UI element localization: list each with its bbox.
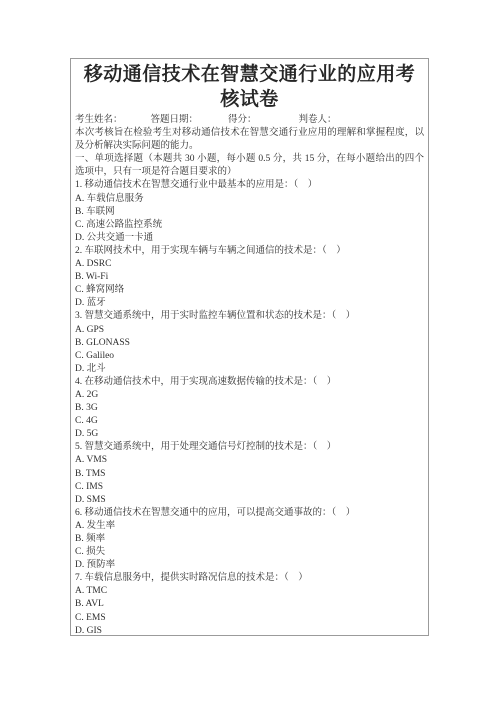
question-list: 1. 移动通信技术在智慧交通行业中最基本的应用是：（ ） A. 车载信息服务 B… — [75, 179, 424, 636]
question-option: C. 高速公路监控系统 — [75, 219, 424, 232]
question-text: 3. 智慧交通系统中，用于实时监控车辆位置和状态的技术是：（ ） — [75, 310, 424, 323]
question-option: D. GIS — [75, 625, 424, 636]
question-option: D. 北斗 — [75, 363, 424, 376]
question-block: 1. 移动通信技术在智慧交通行业中最基本的应用是：（ ） A. 车载信息服务 B… — [75, 179, 424, 244]
section-heading: 一、单项选择题（本题共 30 小题，每小题 0.5 分，共 15 分，在每小题给… — [75, 153, 424, 179]
exam-title: 移动通信技术在智慧交通行业的应用考核试卷 — [75, 62, 424, 112]
question-block: 7. 车载信息服务中，提供实时路况信息的技术是：（ ） A. TMC B. AV… — [75, 572, 424, 636]
question-option: A. TMC — [75, 585, 424, 598]
question-text: 5. 智慧交通系统中，用于处理交通信号灯控制的技术是：（ ） — [75, 441, 424, 454]
question-option: B. GLONASS — [75, 337, 424, 350]
question-option: B. TMS — [75, 468, 424, 481]
question-option: D. 蓝牙 — [75, 297, 424, 310]
question-block: 4. 在移动通信技术中，用于实现高速数据传输的技术是：（ ） A. 2G B. … — [75, 376, 424, 441]
question-option: A. VMS — [75, 454, 424, 467]
question-option: C. 损失 — [75, 546, 424, 559]
question-option: A. GPS — [75, 324, 424, 337]
page-background: 移动通信技术在智慧交通行业的应用考核试卷 考生姓名：答题日期：得分：判卷人： 本… — [0, 0, 500, 707]
question-option: C. Galileo — [75, 350, 424, 363]
question-option: C. 4G — [75, 415, 424, 428]
question-option: D. 公共交通一卡通 — [75, 232, 424, 245]
question-block: 6. 移动通信技术在智慧交通中的应用，可以提高交通事故的：（ ） A. 发生率 … — [75, 507, 424, 572]
question-text: 4. 在移动通信技术中，用于实现高速数据传输的技术是：（ ） — [75, 376, 424, 389]
meta-row: 考生姓名：答题日期：得分：判卷人： — [75, 114, 424, 127]
question-text: 1. 移动通信技术在智慧交通行业中最基本的应用是：（ ） — [75, 179, 424, 192]
question-text: 2. 车联网技术中，用于实现车辆与车辆之间通信的技术是：（ ） — [75, 245, 424, 258]
exam-paper: 移动通信技术在智慧交通行业的应用考核试卷 考生姓名：答题日期：得分：判卷人： 本… — [70, 58, 429, 636]
question-text: 6. 移动通信技术在智慧交通中的应用，可以提高交通事故的：（ ） — [75, 507, 424, 520]
question-block: 3. 智慧交通系统中，用于实时监控车辆位置和状态的技术是：（ ） A. GPS … — [75, 310, 424, 375]
question-option: B. Wi-Fi — [75, 271, 424, 284]
question-option: A. DSRC — [75, 258, 424, 271]
exam-intro: 本次考核旨在检验考生对移动通信技术在智慧交通行业应用的理解和掌握程度，以及分析解… — [75, 127, 424, 153]
question-option: B. 频率 — [75, 533, 424, 546]
question-option: C. 蜂窝网络 — [75, 284, 424, 297]
question-text: 7. 车载信息服务中，提供实时路况信息的技术是：（ ） — [75, 572, 424, 585]
field-grader: 判卷人： — [299, 114, 337, 127]
field-answer-date: 答题日期： — [151, 114, 199, 127]
question-option: A. 2G — [75, 389, 424, 402]
question-option: D. 预防率 — [75, 559, 424, 572]
question-block: 2. 车联网技术中，用于实现车辆与车辆之间通信的技术是：（ ） A. DSRC … — [75, 245, 424, 310]
question-option: D. 5G — [75, 428, 424, 441]
question-option: A. 发生率 — [75, 520, 424, 533]
question-option: A. 车载信息服务 — [75, 193, 424, 206]
question-option: B. 3G — [75, 402, 424, 415]
question-option: D. SMS — [75, 494, 424, 507]
question-option: C. EMS — [75, 612, 424, 625]
question-option: C. IMS — [75, 481, 424, 494]
question-block: 5. 智慧交通系统中，用于处理交通信号灯控制的技术是：（ ） A. VMS B.… — [75, 441, 424, 506]
question-option: B. AVL — [75, 598, 424, 611]
field-score: 得分： — [228, 114, 257, 127]
field-examinee-name: 考生姓名： — [75, 114, 123, 127]
question-option: B. 车联网 — [75, 206, 424, 219]
